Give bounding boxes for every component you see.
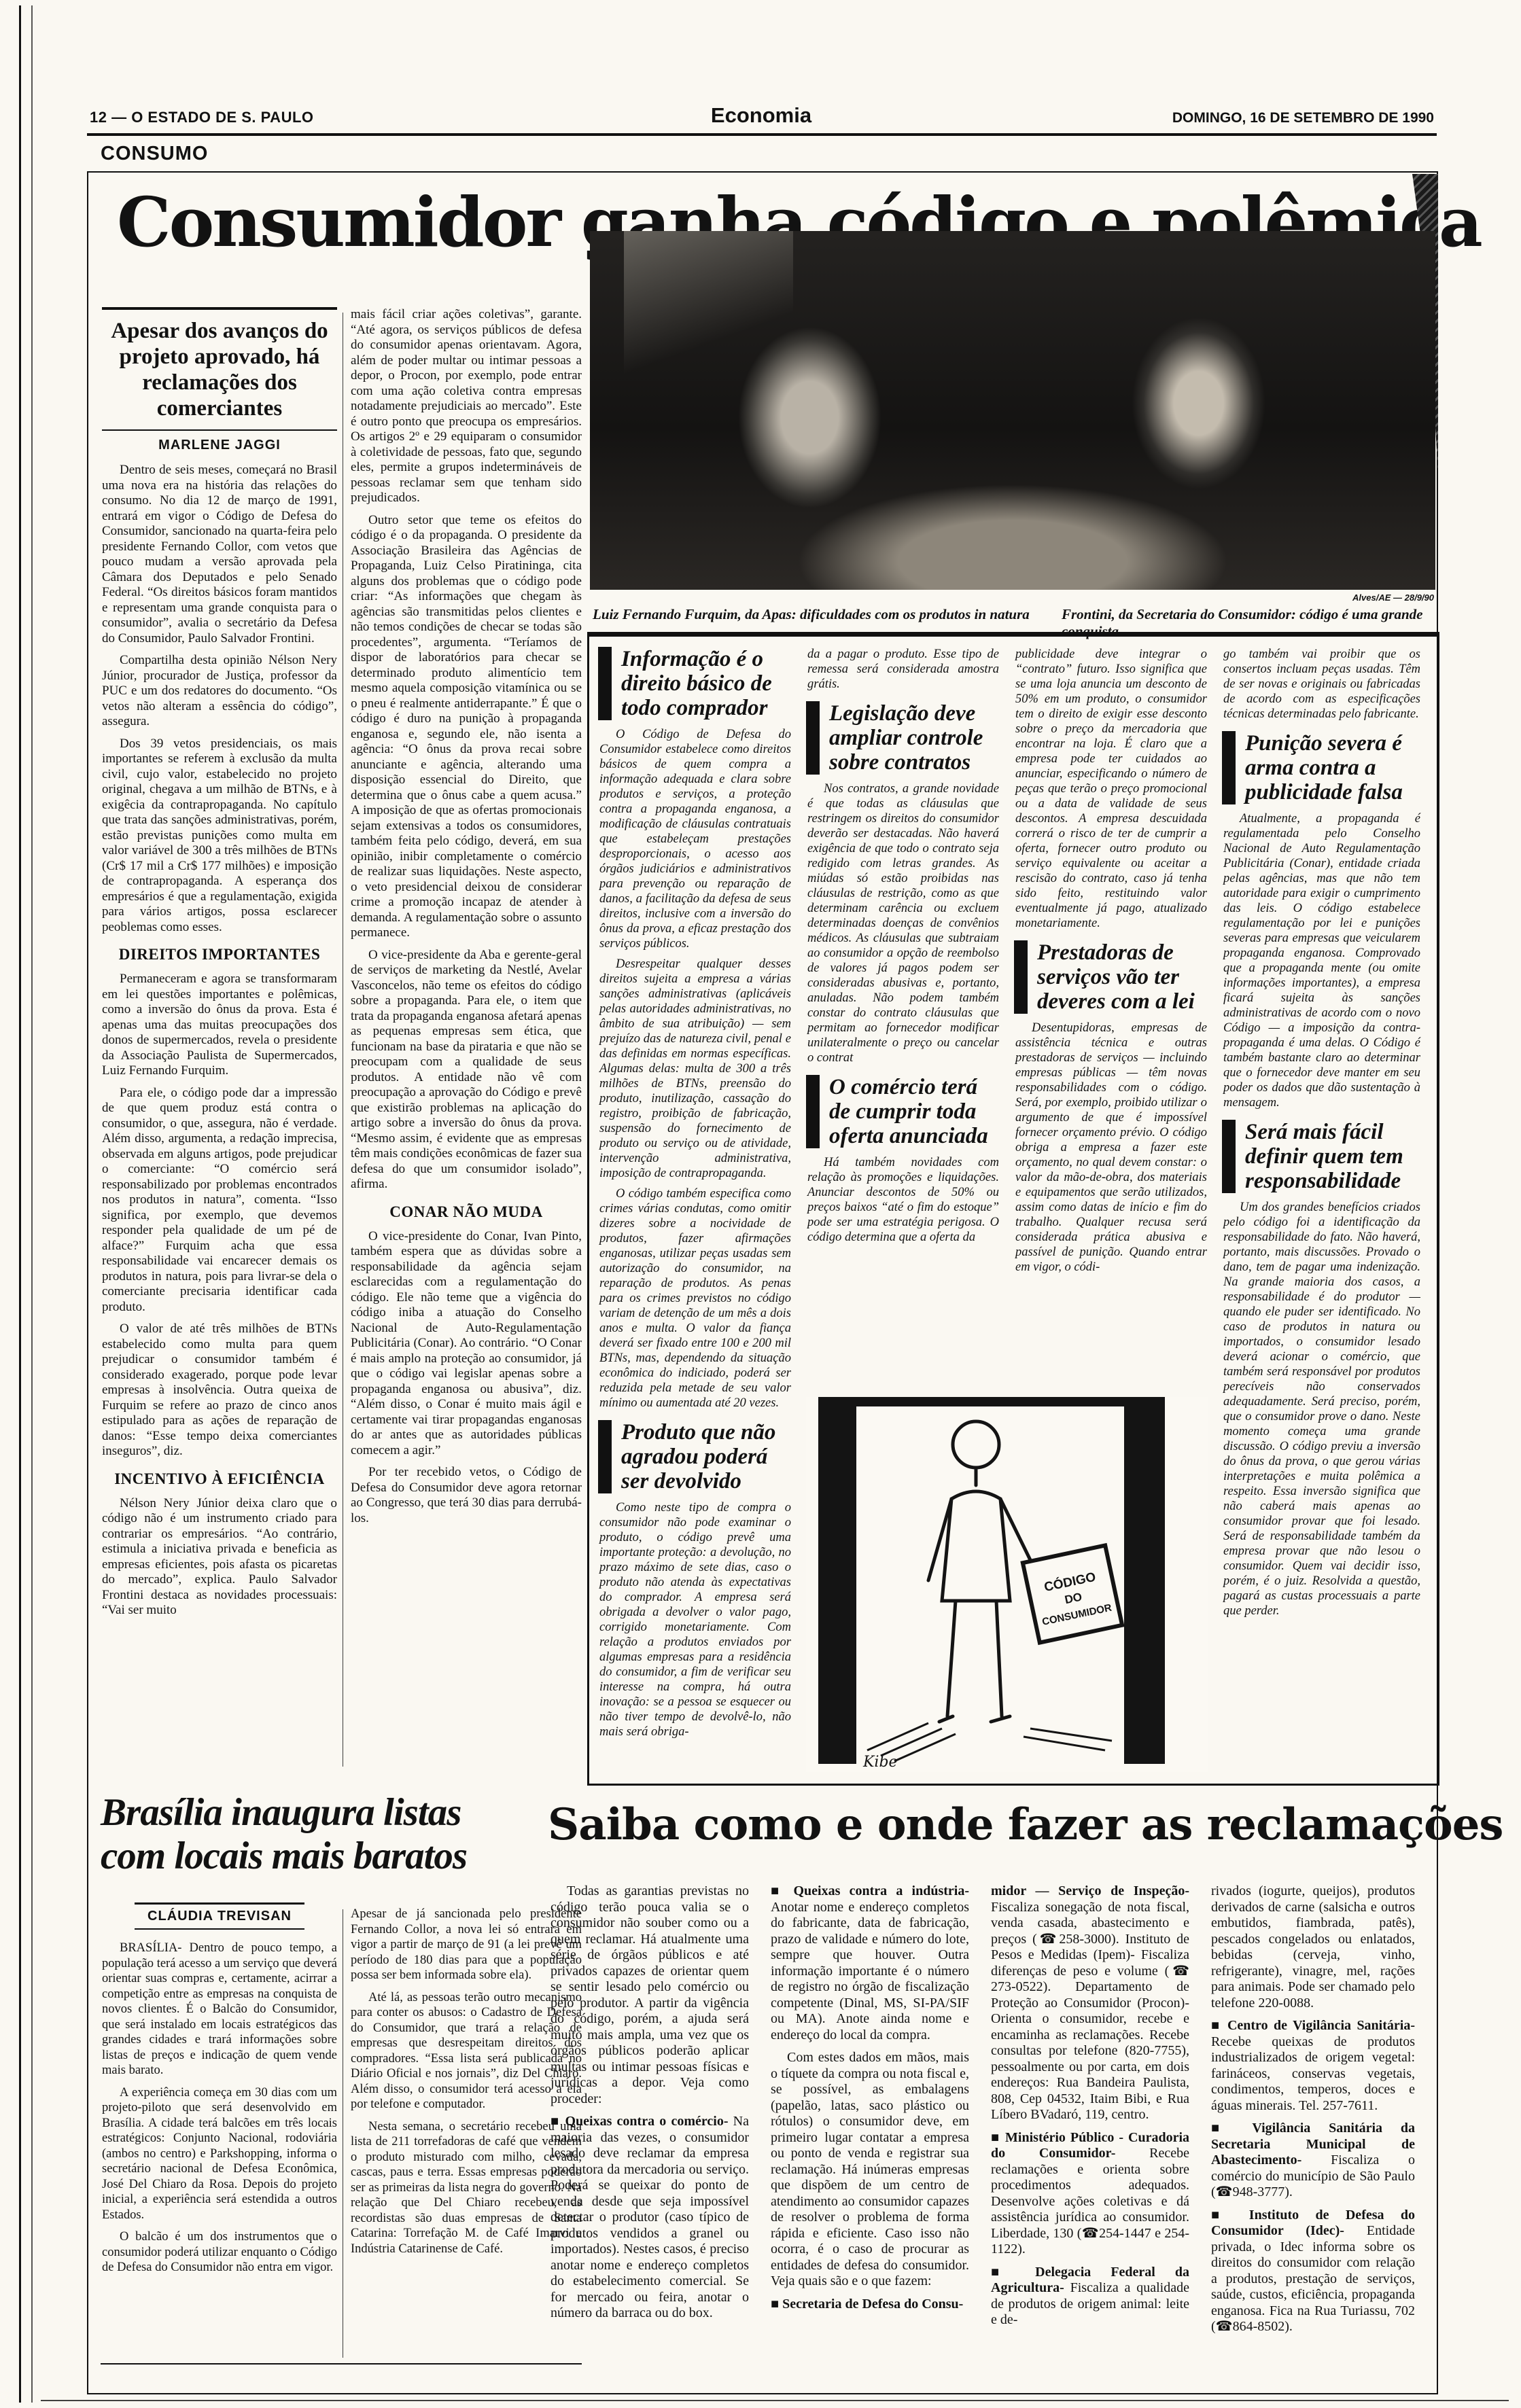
saiba-paragraph: Todas as garantias previstas no código t… xyxy=(550,1883,749,2107)
lead-byline: MARLENE JAGGI xyxy=(102,438,337,453)
cartoon-signature: Kibe xyxy=(862,1754,898,1771)
saiba-col4: rivados (iogurte, queijos), produtos der… xyxy=(1211,1883,1415,2342)
box-heading-prestadoras: Prestadoras de serviços vão ter deveres … xyxy=(1014,940,1207,1014)
lead-paragraph: Nélson Nery Júnior deixa claro que o cód… xyxy=(102,1496,337,1618)
brasilia-paragraph: Apesar de já sancionada pelo presidente … xyxy=(351,1907,582,1983)
lead-col2: mais fácil criar ações coletivas”, garan… xyxy=(351,307,582,1533)
saiba-col3: midor — Serviço de Inspeção- Fiscaliza s… xyxy=(991,1883,1189,2335)
saiba-paragraph: ■ Instituto de Defesa do Consumidor (Ide… xyxy=(1211,2208,1415,2335)
deck-rule-top xyxy=(102,307,337,310)
byline-rule-top xyxy=(135,1902,304,1905)
box-paragraph: O Código de Defesa do Consumidor estabel… xyxy=(599,727,791,951)
saiba-bullet-text: Recebe reclamações e orienta sobre proce… xyxy=(991,2146,1189,2256)
saiba-bullet-text: rivados (iogurte, queijos), produtos der… xyxy=(1211,1883,1415,2011)
box-paragraph: Há também novidades com relação às promo… xyxy=(807,1155,999,1245)
saiba-bullet-text: Na maioria das vezes, o consumidor lesad… xyxy=(550,2114,749,2320)
lead-paragraph: Outro setor que teme os efeitos do códig… xyxy=(351,513,582,941)
saiba-bullet-text: Fiscaliza sonegação de nota fiscal, vend… xyxy=(991,1900,1189,2123)
page-edge-rule-inner xyxy=(31,5,33,2403)
lead-paragraph: Compartilha desta opinião Nélson Nery Jú… xyxy=(102,653,337,730)
box-paragraph: Atualmente, a propaganda é regulamentada… xyxy=(1223,811,1420,1110)
saiba-paragraph: ■ Secretaria de Defesa do Consu- xyxy=(771,2297,969,2313)
lead-paragraph: Permaneceram e agora se transformaram em… xyxy=(102,972,337,1079)
news-photo xyxy=(590,231,1435,590)
lead-col1: Apesar dos avanços do projeto aprovado, … xyxy=(102,307,337,1625)
saiba-bullet-lead: ■ Secretaria de Defesa do Consu- xyxy=(771,2297,963,2312)
saiba-col1: Todas as garantias previstas no código t… xyxy=(550,1883,749,2329)
editorial-cartoon: CÓDIGO DO CONSUMIDOR Kibe xyxy=(806,1397,1208,1772)
box-paragraph: O código também especifica como crimes v… xyxy=(599,1186,791,1411)
lead-paragraph: mais fácil criar ações coletivas”, garan… xyxy=(351,307,582,506)
brasilia-headline-line1: Brasília inaugura listas xyxy=(101,1791,549,1835)
lead-paragraph: Para ele, o código pode dar a impressão … xyxy=(102,1086,337,1315)
photo-highlight xyxy=(624,231,793,374)
saiba-bullet-lead: ■ Centro de Vigilância Sanitária- xyxy=(1211,2018,1415,2033)
saiba-paragraph: ■ Delegacia Federal da Agricultura- Fisc… xyxy=(991,2265,1189,2329)
box-heading-comercio: O comércio terá de cumprir toda oferta a… xyxy=(806,1075,999,1148)
saiba-paragraph: ■ Queixas contra o comércio- Na maioria … xyxy=(550,2114,749,2322)
box-paragraph: Desrespeitar qualquer desses direitos su… xyxy=(599,957,791,1181)
column-rule-1 xyxy=(343,313,343,1767)
brasilia-byline: CLÁUDIA TREVISAN xyxy=(102,1909,337,1924)
lead-paragraph: O valor de até três milhões de BTNs esta… xyxy=(102,1322,337,1459)
brasilia-col2: Apesar de já sancionada pelo presidente … xyxy=(351,1907,582,2263)
brasilia-col1: CLÁUDIA TREVISAN BRASÍLIA- Dentro de pou… xyxy=(102,1902,337,2282)
box-colD: go também vai proibir que os consertos i… xyxy=(1223,647,1420,1624)
saiba-headline: Saiba como e onde fazer as reclamações xyxy=(548,1799,1431,1850)
box-heading-responsabilidade: Será mais fácil definir quem tem respons… xyxy=(1222,1120,1420,1193)
brasilia-paragraph: Até lá, as pessoas terão outro mecanismo… xyxy=(351,1990,582,2112)
crosshead-incentivo: INCENTIVO À EFICIÊNCIA xyxy=(102,1470,337,1488)
kicker: CONSUMO xyxy=(101,143,208,165)
brasilia-paragraph: BRASÍLIA- Dentro de pouco tempo, a popul… xyxy=(102,1941,337,2078)
brasilia-paragraph: A experiência começa em 30 dias com um p… xyxy=(102,2085,337,2223)
saiba-bullet-text: Recebe queixas de produtos industrializa… xyxy=(1211,2034,1415,2113)
lead-paragraph: O vice-presidente da Aba e gerente-geral… xyxy=(351,948,582,1192)
brasilia-paragraph: O balcão é um dos instrumentos que o con… xyxy=(102,2229,337,2276)
box-paragraph: Um dos grandes benefícios criados pelo c… xyxy=(1223,1200,1420,1618)
box-heading-punicao: Punição severa é arma contra a publicida… xyxy=(1222,731,1420,804)
brasilia-bottom-rule xyxy=(101,2363,582,2365)
saiba-bullet-text: Anotar nome e endereço completos do fabr… xyxy=(771,1900,969,2042)
saiba-paragraph: Com estes dados em mãos, mais o tíquete … xyxy=(771,2050,969,2290)
masthead: 12 — O ESTADO DE S. PAULO Economia DOMIN… xyxy=(87,103,1435,130)
box-paragraph: publicidade deve integrar o “contrato” f… xyxy=(1015,647,1207,931)
saiba-bullet-lead: midor — Serviço de Inspeção- xyxy=(991,1883,1189,1898)
newspaper-page: { "page": { "edition_page": "12 — O ESTA… xyxy=(0,0,1521,2408)
lead-subdeck: Apesar dos avanços do projeto aprovado, … xyxy=(102,318,337,421)
saiba-paragraph: ■ Queixas contra a indústria- Anotar nom… xyxy=(771,1883,969,2043)
deck-rule-bottom xyxy=(102,429,337,431)
brasilia-paragraph: Nesta semana, o secretário recebeu uma l… xyxy=(351,2119,582,2257)
box-colB: da a pagar o produto. Esse tipo de remes… xyxy=(807,647,999,1250)
crosshead-conar: CONAR NÃO MUDA xyxy=(351,1203,582,1221)
box-paragraph: da a pagar o produto. Esse tipo de remes… xyxy=(807,647,999,692)
box-paragraph: Como neste tipo de compra o consumidor n… xyxy=(599,1500,791,1739)
crosshead-direitos: DIREITOS IMPORTANTES xyxy=(102,946,337,963)
box-heading-produto: Produto que não agradou poderá ser devol… xyxy=(598,1420,791,1493)
page-bottom-rule xyxy=(41,2400,1509,2401)
box-colC: publicidade deve integrar o “contrato” f… xyxy=(1015,647,1207,1280)
lead-paragraph: O vice-presidente do Conar, Ivan Pinto, … xyxy=(351,1229,582,1459)
saiba-bullet-lead: ■ Queixas contra a indústria- xyxy=(771,1883,969,1898)
brasilia-headline-line2: com locais mais baratos xyxy=(101,1835,549,1878)
box-paragraph: Desentupidoras, empresas de assistência … xyxy=(1015,1021,1207,1275)
saiba-bullet-text: Com estes dados em mãos, mais o tíquete … xyxy=(771,2050,969,2288)
photo-caption-left: Luiz Fernando Furquim, da Apas: dificuld… xyxy=(593,606,1034,623)
box-colA: Informação é o direito básico de todo co… xyxy=(599,647,791,1745)
cartoon-drawing: CÓDIGO DO CONSUMIDOR Kibe xyxy=(806,1397,1208,1772)
saiba-paragraph: ■ Centro de Vigilância Sanitária- Recebe… xyxy=(1211,2018,1415,2114)
box-paragraph: go também vai proibir que os consertos i… xyxy=(1223,647,1420,722)
saiba-paragraph: ■ Vigilância Sanitária da Secretaria Mun… xyxy=(1211,2121,1415,2201)
saiba-bullet-text: Todas as garantias previstas no código t… xyxy=(550,1883,749,2106)
saiba-paragraph: ■ Ministério Público - Curadoria do Cons… xyxy=(991,2130,1189,2258)
saiba-paragraph: midor — Serviço de Inspeção- Fiscaliza s… xyxy=(991,1883,1189,2123)
saiba-paragraph: rivados (iogurte, queijos), produtos der… xyxy=(1211,1883,1415,2011)
saiba-bullet-lead: ■ Queixas contra o comércio- xyxy=(550,2114,728,2129)
box-paragraph: Nos contratos, a grande novidade é que t… xyxy=(807,781,999,1065)
lead-paragraph: Por ter recebido vetos, o Código de Defe… xyxy=(351,1465,582,1526)
saiba-col2: ■ Queixas contra a indústria- Anotar nom… xyxy=(771,1883,969,2319)
photo-credit: Alves/AE — 28/9/90 xyxy=(1155,592,1434,603)
column-rule-2 xyxy=(343,1909,343,2358)
box-heading-legislacao: Legislação deve ampliar controle sobre c… xyxy=(806,701,999,775)
box-heading-informacao: Informação é o direito básico de todo co… xyxy=(598,647,791,720)
lead-paragraph: Dentro de seis meses, começará no Brasil… xyxy=(102,463,337,646)
saiba-bullet-text: Entidade privada, o Idec informa sobre o… xyxy=(1211,2223,1415,2334)
byline-rule-bottom xyxy=(135,1928,304,1930)
brasilia-headline: Brasília inaugura listas com locais mais… xyxy=(101,1791,549,1878)
page-edge-rule-outer xyxy=(19,5,21,2403)
masthead-rule xyxy=(87,133,1437,136)
lead-paragraph: Dos 39 vetos presidenciais, os mais impo… xyxy=(102,737,337,936)
masthead-date: DOMINGO, 16 DE SETEMBRO DE 1990 xyxy=(1172,110,1434,126)
